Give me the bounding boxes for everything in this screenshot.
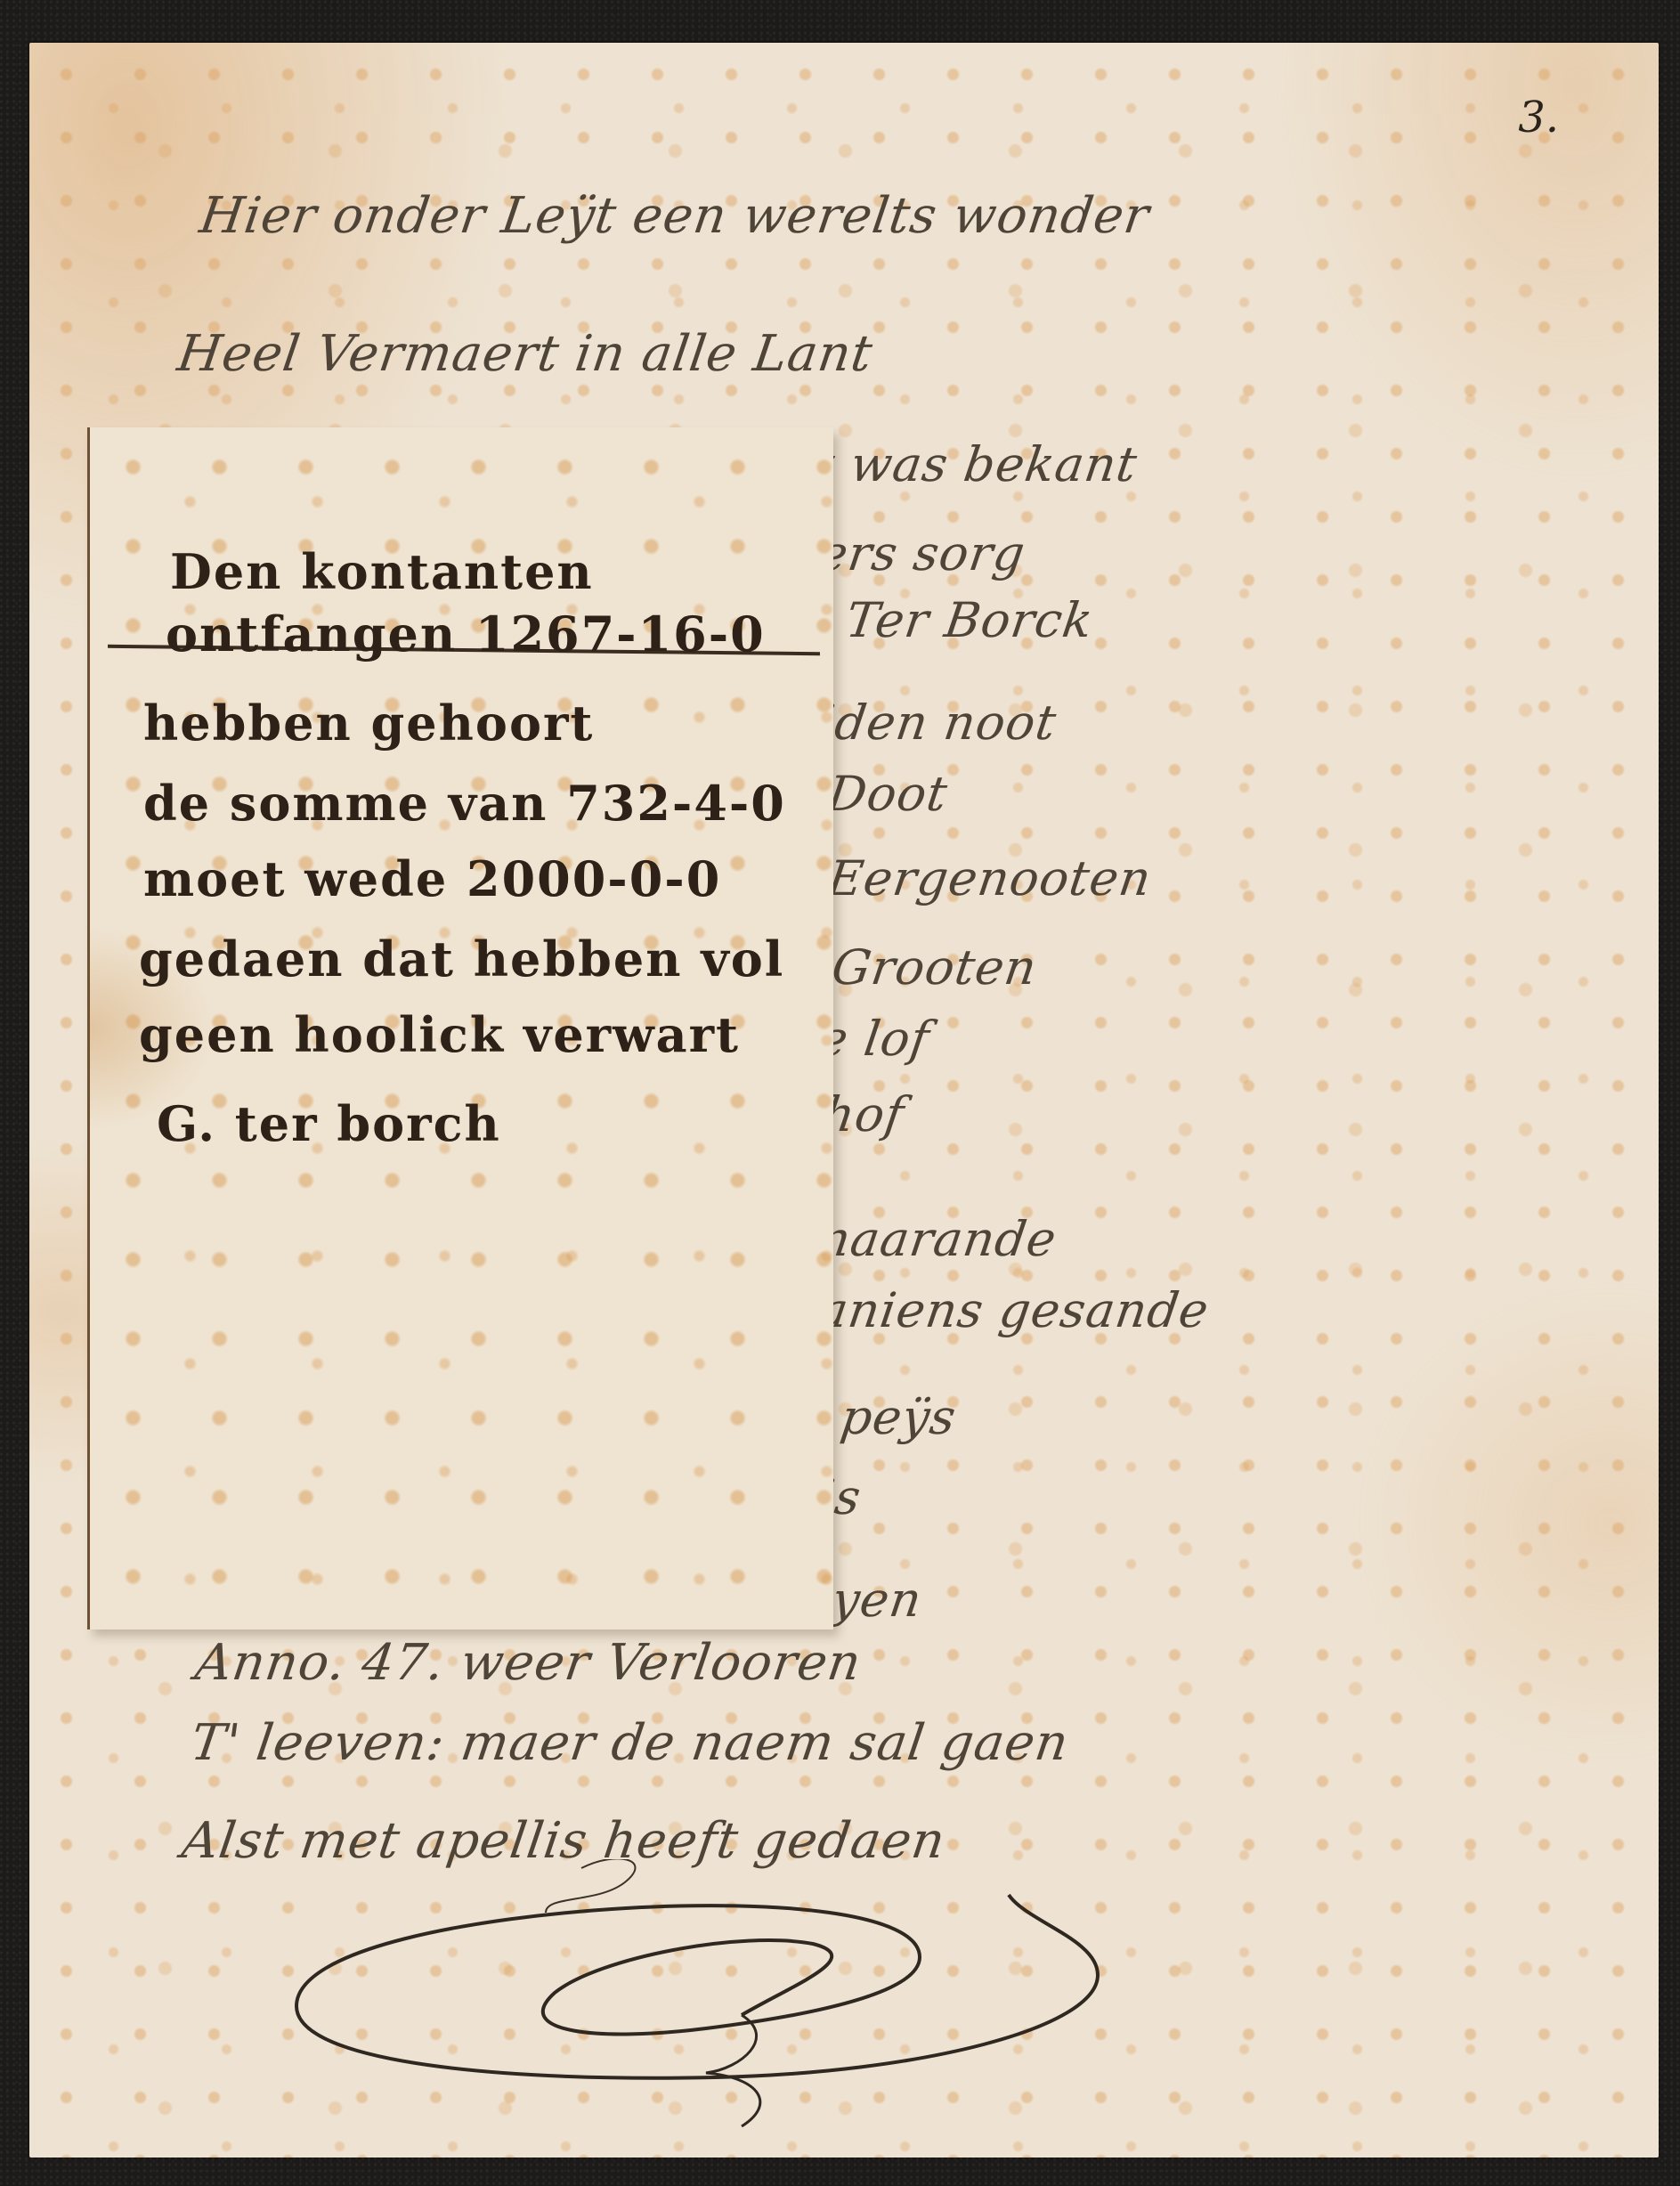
poem-line: t Ter Borck <box>807 592 1097 648</box>
slip-line: moet wede 2000-0-0 <box>143 850 721 907</box>
slip-line: ontfangen 1267-16-0 <box>166 605 766 662</box>
slip-line: Den kontanten <box>170 543 594 600</box>
poem-line: aniens gesande <box>816 1282 1213 1338</box>
pasted-receipt-slip: Den kontantenontfangen 1267-16-0hebben g… <box>87 427 833 1629</box>
poem-line: iden noot <box>816 695 1060 751</box>
poem-line: T' leeven: maer de naem sal gaen <box>187 1714 1072 1772</box>
slip-line: de somme van 732-4-0 <box>143 775 786 832</box>
poem-line: Anno. 47. weer Verlooren <box>191 1634 864 1692</box>
slip-line: geen hoolick verwart <box>139 1006 740 1063</box>
poem-line: Doot <box>824 766 952 822</box>
slip-line: G. ter borch <box>157 1095 501 1152</box>
poem-line: ers sorg <box>816 525 1029 581</box>
poem-line: yen <box>829 1572 926 1628</box>
poem-line: peÿs <box>838 1389 961 1445</box>
manuscript-page: 3. Hier onder Leÿt een werelts wonderHee… <box>29 43 1659 2158</box>
poem-line: Grooten <box>829 939 1041 995</box>
poem-line: Eergenooten <box>824 850 1156 906</box>
poem-line: t was bekant <box>811 436 1141 492</box>
poem-line: Hier onder Leÿt een werelts wonder <box>196 187 1153 245</box>
slip-line: hebben gehoort <box>143 695 594 752</box>
poem-line: Heel Vermaert in alle Lant <box>174 325 876 383</box>
spiral-flourish-icon <box>243 1859 1133 2144</box>
slip-line: gedaen dat hebben vol <box>139 930 784 987</box>
poem-line: naarande <box>816 1211 1060 1267</box>
